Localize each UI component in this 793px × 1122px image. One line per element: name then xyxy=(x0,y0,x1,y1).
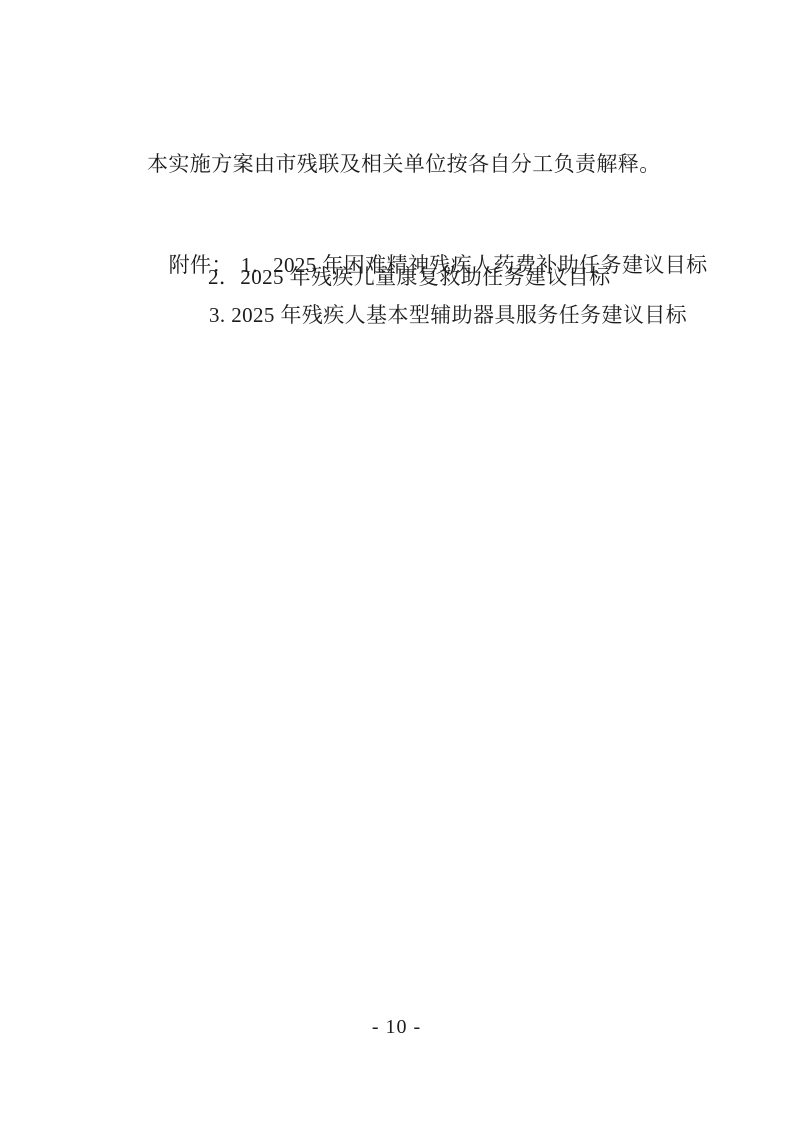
body-paragraph: 本实施方案由市残联及相关单位按各自分工负责解释。 xyxy=(147,151,661,177)
page-number: - 10 - xyxy=(0,1016,793,1039)
attachment-item-3: 3. 2025 年残疾人基本型辅助器具服务任务建议目标 xyxy=(209,302,687,328)
document-page: 本实施方案由市残联及相关单位按各自分工负责解释。 附件：1．2025 年困难精神… xyxy=(0,0,793,1122)
attachment-item-2: 2．2025 年残疾儿童康复救助任务建议目标 xyxy=(208,264,611,290)
